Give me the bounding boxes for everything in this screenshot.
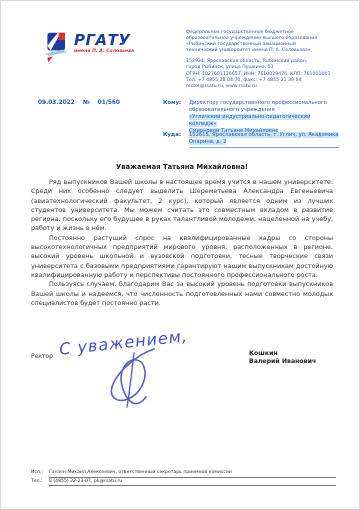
logo-subtitle: имени П. А. Соловьева xyxy=(74,49,134,54)
org-line: технический университет имени П. А. Соло… xyxy=(186,48,338,54)
university-logo: РГАТУ имени П. А. Соловьева xyxy=(45,31,134,65)
to-label: Кому: xyxy=(163,100,181,106)
executor-footer: Исп.: Ганзен Михаил Алексеевич, ответств… xyxy=(31,469,336,486)
salutation: Уважаемая Татьяна Михайловна! xyxy=(31,163,333,171)
destination-line-text: 152615, Ярославская область, г. Углич, у… xyxy=(189,132,339,138)
where-label: Куда: xyxy=(163,132,181,138)
executor-value: Ганзен Михаил Алексеевич, ответственный … xyxy=(49,469,336,478)
contact-line: rector@rsatu.ru, www.rsatu.ru xyxy=(186,84,338,90)
recipient-line-text: Директору государственного профессиональ… xyxy=(189,100,327,106)
signer-name: Кошкин Валерий Иванович xyxy=(249,350,316,366)
recipient-line: образовательного учреждения xyxy=(189,107,339,114)
paragraph-1: Ряд выпускников Вашей школы в настоящее … xyxy=(31,178,333,234)
logo-text: РГАТУ имени П. А. Соловьева xyxy=(74,31,134,54)
executor-row: Исп.: Ганзен Михаил Алексеевич, ответств… xyxy=(31,469,336,478)
destination-line: Опарина, д. 2 xyxy=(189,139,339,146)
executor-label: Исп.: xyxy=(31,469,49,478)
letterhead-org-block: Федеральное государственное бюджетное об… xyxy=(186,30,338,90)
destination-line-text: Опарина, д. 2 xyxy=(189,139,226,145)
destination-line: 152615, Ярославская область, г. Углич, у… xyxy=(189,132,339,139)
reference-row: 09.03.2022 № 01/560 xyxy=(38,100,120,106)
letter-page: РГАТУ имени П. А. Соловьева Федеральное … xyxy=(0,0,360,510)
destination-address: 152615, Ярославская область, г. Углич, у… xyxy=(189,132,339,148)
recipient-college-highlighted: «Угличский индустриально-педагогический … xyxy=(189,114,310,127)
paragraph-2: Постоянно растущий спрос на квалифициров… xyxy=(31,234,333,280)
org-contacts: 152934, Ярославская область, Рыбинский р… xyxy=(186,59,338,89)
letter-body: Уважаемая Татьяна Михайловна! Ряд выпуск… xyxy=(31,163,333,308)
phone-label: Тел.: xyxy=(31,478,49,487)
letter-date: 09.03.2022 xyxy=(38,100,75,106)
logo-acronym: РГАТУ xyxy=(74,33,134,48)
handwritten-signature-icon xyxy=(96,345,176,409)
recipient-line-text: образовательного учреждения xyxy=(189,107,275,113)
recipient-line: «Угличский индустриально-педагогический … xyxy=(189,114,339,128)
signer-surname: Кошкин xyxy=(249,350,316,358)
number-sign: № xyxy=(83,100,90,106)
rsatu-logo-icon xyxy=(45,31,69,65)
phone-value: 8 (4855) 22-23-07, pk@rsatu.ru xyxy=(49,478,336,487)
paragraph-3: Пользуясь случаем, благодарим Вас за выс… xyxy=(31,280,333,308)
phone-row: Тел.: 8 (4855) 22-23-07, pk@rsatu.ru xyxy=(31,478,336,487)
recipient-line: Директору государственного профессиональ… xyxy=(189,100,339,107)
letter-number: 01/560 xyxy=(98,100,120,106)
signer-position: Ректор xyxy=(31,353,53,360)
signer-given-names: Валерий Иванович xyxy=(249,358,316,366)
contact-line: ОГРН: 1027601126657, ИНН: 7610029476, КП… xyxy=(186,72,338,78)
